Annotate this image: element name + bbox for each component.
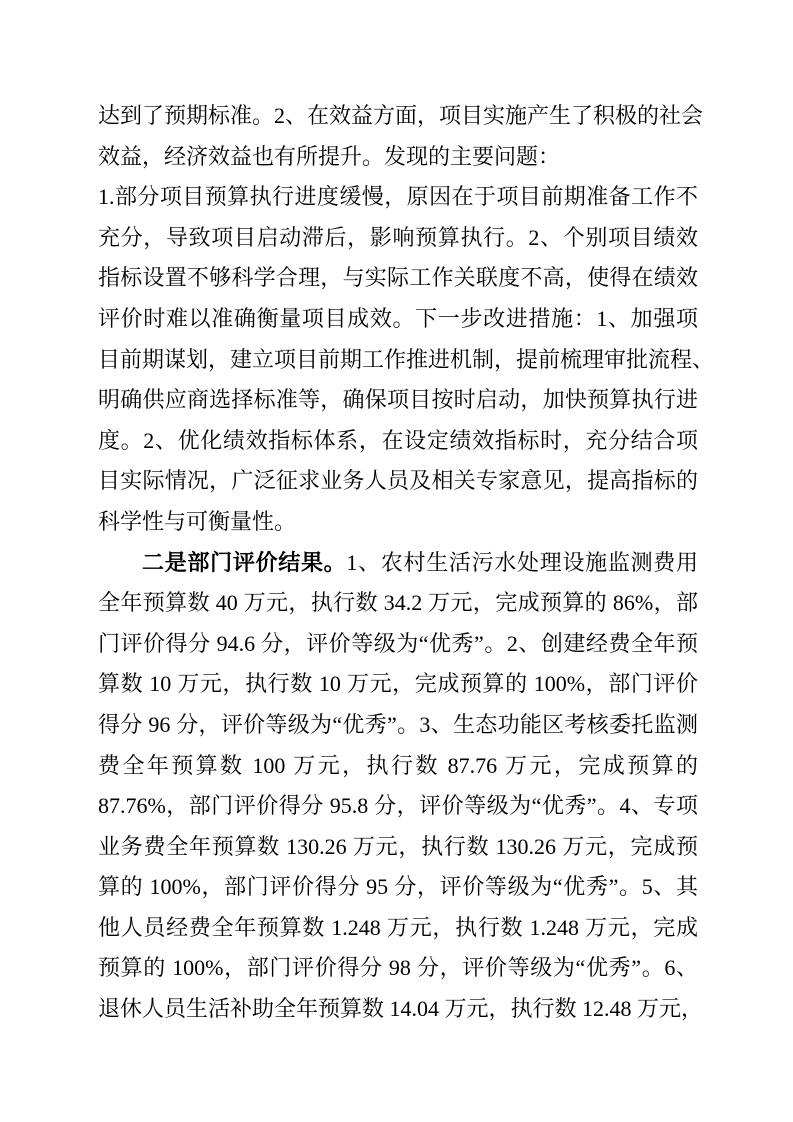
text-segment: 退休人员生活补助全年预算数 14.04 万元，执行数 12.48 万元，: [98, 996, 703, 1021]
text-segment: 指标设置不够科学合理，与实际工作关联度不高，使得在绩效: [98, 265, 698, 290]
text-line: 目实际情况，广泛征求业务人员及相关专家意见，提高指标的: [98, 461, 698, 502]
text-segment: 87.76%，部门评价得分 95.8 分，评价等级为“优秀”。4、专项: [98, 793, 698, 818]
text-line: 明确供应商选择标准等，确保项目按时启动，加快预算执行进: [98, 380, 698, 421]
text-segment: 度。2、优化绩效指标体系，在设定绩效指标时，充分结合项: [98, 428, 698, 453]
text-line: 费全年预算数 100 万元，执行数 87.76 万元，完成预算的: [98, 746, 698, 787]
text-line: 二是部门评价结果。1、农村生活污水处理设施监测费用: [98, 543, 698, 584]
text-line: 目前期谋划，建立项目前期工作推进机制，提前梳理审批流程、: [98, 340, 698, 381]
text-line: 业务费全年预算数 130.26 万元，执行数 130.26 万元，完成预: [98, 827, 698, 868]
text-segment: 目前期谋划，建立项目前期工作推进机制，提前梳理审批流程、: [98, 347, 714, 372]
text-segment: 全年预算数 40 万元，执行数 34.2 万元，完成预算的 86%，部: [98, 590, 698, 615]
text-line: 达到了预期标准。2、在效益方面，项目实施产生了积极的社会: [98, 96, 698, 137]
text-line: 度。2、优化绩效指标体系，在设定绩效指标时，充分结合项: [98, 421, 698, 462]
text-segment: 预算的 100%，部门评价得分 98 分，评价等级为“优秀”。6、: [98, 955, 698, 980]
text-segment: 门评价得分 94.6 分，评价等级为“优秀”。2、创建经费全年预: [98, 631, 698, 656]
text-line: 算数 10 万元，执行数 10 万元，完成预算的 100%，部门评价: [98, 664, 698, 705]
text-segment: 充分，导致项目启动滞后，影响预算执行。2、个别项目绩效: [98, 225, 698, 250]
text-segment: 1.部分项目预算执行进度缓慢，原因在于项目前期准备工作不: [98, 184, 698, 209]
text-segment: 科学性与可衡量性。: [98, 509, 296, 534]
document-page: 达到了预期标准。2、在效益方面，项目实施产生了积极的社会效益，经济效益也有所提升…: [0, 0, 793, 1122]
text-segment: 效益，经济效益也有所提升。发现的主要问题：: [98, 144, 560, 169]
text-line: 充分，导致项目启动滞后，影响预算执行。2、个别项目绩效: [98, 218, 698, 259]
text-segment: 1、农村生活污水处理设施监测费用: [346, 550, 698, 575]
text-line: 效益，经济效益也有所提升。发现的主要问题：: [98, 137, 698, 178]
text-segment: 得分 96 分，评价等级为“优秀”。3、生态功能区考核委托监测: [98, 712, 698, 737]
text-line: 算的 100%，部门评价得分 95 分，评价等级为“优秀”。5、其: [98, 867, 698, 908]
text-segment: 评价时难以准确衡量项目成效。下一步改进措施：1、加强项: [98, 306, 698, 331]
text-segment: 明确供应商选择标准等，确保项目按时启动，加快预算执行进: [98, 387, 698, 412]
text-line: 1.部分项目预算执行进度缓慢，原因在于项目前期准备工作不: [98, 177, 698, 218]
text-line: 预算的 100%，部门评价得分 98 分，评价等级为“优秀”。6、: [98, 948, 698, 989]
text-line: 得分 96 分，评价等级为“优秀”。3、生态功能区考核委托监测: [98, 705, 698, 746]
text-segment: 算的 100%，部门评价得分 95 分，评价等级为“优秀”。5、其: [98, 874, 698, 899]
text-segment: 他人员经费全年预算数 1.248 万元，执行数 1.248 万元，完成: [98, 915, 698, 940]
text-line: 他人员经费全年预算数 1.248 万元，执行数 1.248 万元，完成: [98, 908, 698, 949]
text-line: 指标设置不够科学合理，与实际工作关联度不高，使得在绩效: [98, 258, 698, 299]
text-line: 门评价得分 94.6 分，评价等级为“优秀”。2、创建经费全年预: [98, 624, 698, 665]
text-segment: 业务费全年预算数 130.26 万元，执行数 130.26 万元，完成预: [98, 834, 698, 859]
text-segment: 费全年预算数 100 万元，执行数 87.76 万元，完成预算的: [98, 753, 698, 778]
text-segment: 目实际情况，广泛征求业务人员及相关专家意见，提高指标的: [98, 468, 698, 493]
text-line: 退休人员生活补助全年预算数 14.04 万元，执行数 12.48 万元，: [98, 989, 698, 1030]
document-body: 达到了预期标准。2、在效益方面，项目实施产生了积极的社会效益，经济效益也有所提升…: [98, 96, 698, 1030]
text-line: 全年预算数 40 万元，执行数 34.2 万元，完成预算的 86%，部: [98, 583, 698, 624]
text-segment: 达到了预期标准。2、在效益方面，项目实施产生了积极的社会: [98, 103, 703, 128]
section-heading: 二是部门评价结果。: [142, 550, 346, 575]
text-line: 评价时难以准确衡量项目成效。下一步改进措施：1、加强项: [98, 299, 698, 340]
text-segment: 算数 10 万元，执行数 10 万元，完成预算的 100%，部门评价: [98, 671, 698, 696]
text-line: 科学性与可衡量性。: [98, 502, 698, 543]
text-line: 87.76%，部门评价得分 95.8 分，评价等级为“优秀”。4、专项: [98, 786, 698, 827]
